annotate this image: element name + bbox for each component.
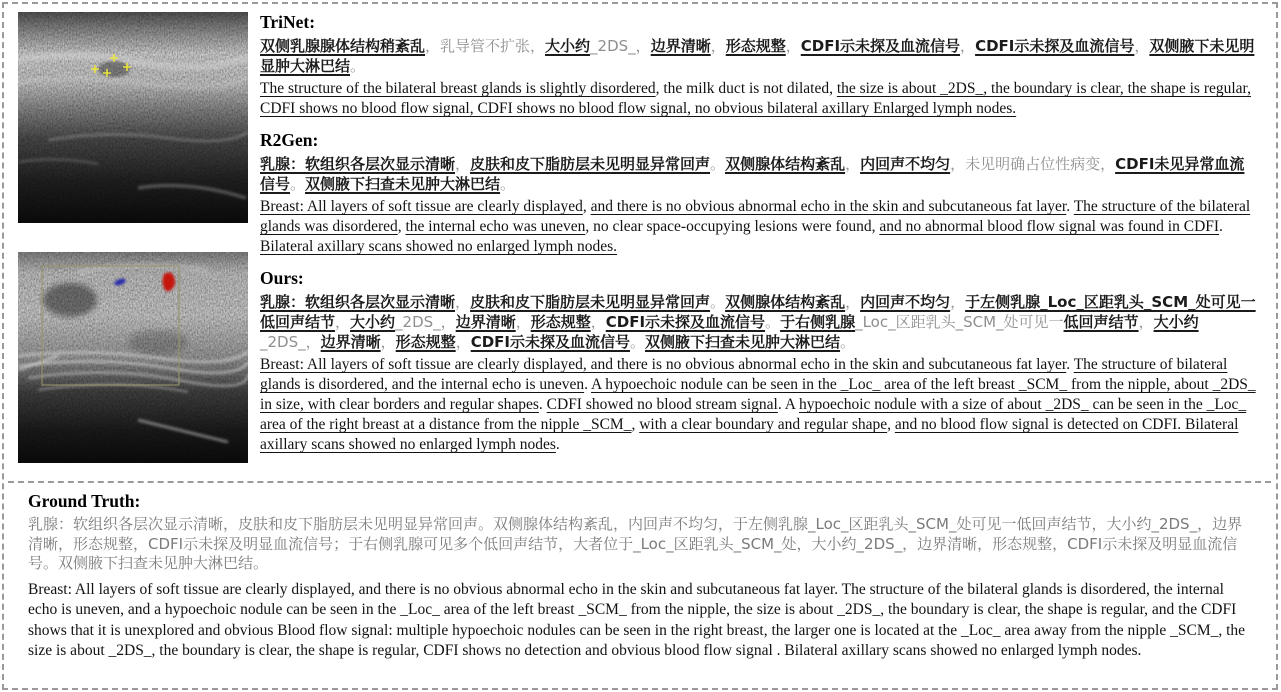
ground-truth-title: Ground Truth:: [28, 491, 1255, 512]
ultrasound-image-bmode: [18, 12, 248, 223]
ground-truth-report-en: Breast: All layers of soft tissue are cl…: [28, 580, 1255, 662]
section-title: Ours:: [260, 268, 1259, 289]
model-reports-column: TriNet: 双侧乳腺腺体结构稍紊乱，乳导管不扩张，大小约_2DS_，边界清晰…: [250, 12, 1259, 466]
hypoechoic-nodule: [43, 283, 97, 317]
section-title: R2Gen:: [260, 130, 1259, 151]
paper-figure: TriNet: 双侧乳腺腺体结构稍紊乱，乳导管不扩张，大小约_2DS_，边界清晰…: [0, 0, 1281, 692]
ultrasound-image-column: [18, 12, 250, 466]
trinet-report-zh: 双侧乳腺腺体结构稍紊乱，乳导管不扩张，大小约_2DS_，边界清晰，形态规整，CD…: [260, 36, 1259, 76]
ultrasound-image-doppler: [18, 252, 248, 463]
section-trinet: TriNet: 双侧乳腺腺体结构稍紊乱，乳导管不扩张，大小约_2DS_，边界清晰…: [260, 12, 1259, 119]
section-ours: Ours: 乳腺：软组织各层次显示清晰，皮肤和皮下脂肪层未见明显异常回声。双侧腺…: [260, 268, 1259, 455]
section-ground-truth: Ground Truth: 乳腺：软组织各层次显示清晰，皮肤和皮下脂肪层未见明显…: [28, 491, 1255, 662]
ours-report-zh: 乳腺：软组织各层次显示清晰，皮肤和皮下脂肪层未见明显异常回声。双侧腺体结构紊乱，…: [260, 292, 1259, 352]
comparison-area: TriNet: 双侧乳腺腺体结构稍紊乱，乳导管不扩张，大小约_2DS_，边界清晰…: [18, 12, 1259, 466]
section-divider: [8, 481, 1271, 483]
hypoechoic-nodule: [98, 61, 130, 77]
r2gen-report-en: Breast: All layers of soft tissue are cl…: [260, 197, 1259, 257]
section-title: TriNet:: [260, 12, 1259, 33]
ours-report-en: Breast: All layers of soft tissue are cl…: [260, 355, 1259, 455]
section-r2gen: R2Gen: 乳腺：软组织各层次显示清晰，皮肤和皮下脂肪层未见明显异常回声。双侧…: [260, 130, 1259, 257]
r2gen-report-zh: 乳腺：软组织各层次显示清晰，皮肤和皮下脂肪层未见明显异常回声。双侧腺体结构紊乱，…: [260, 154, 1259, 194]
trinet-report-en: The structure of the bilateral breast gl…: [260, 79, 1259, 119]
ground-truth-report-zh: 乳腺：软组织各层次显示清晰，皮肤和皮下脂肪层未见明显异常回声。双侧腺体结构紊乱，…: [28, 515, 1255, 574]
